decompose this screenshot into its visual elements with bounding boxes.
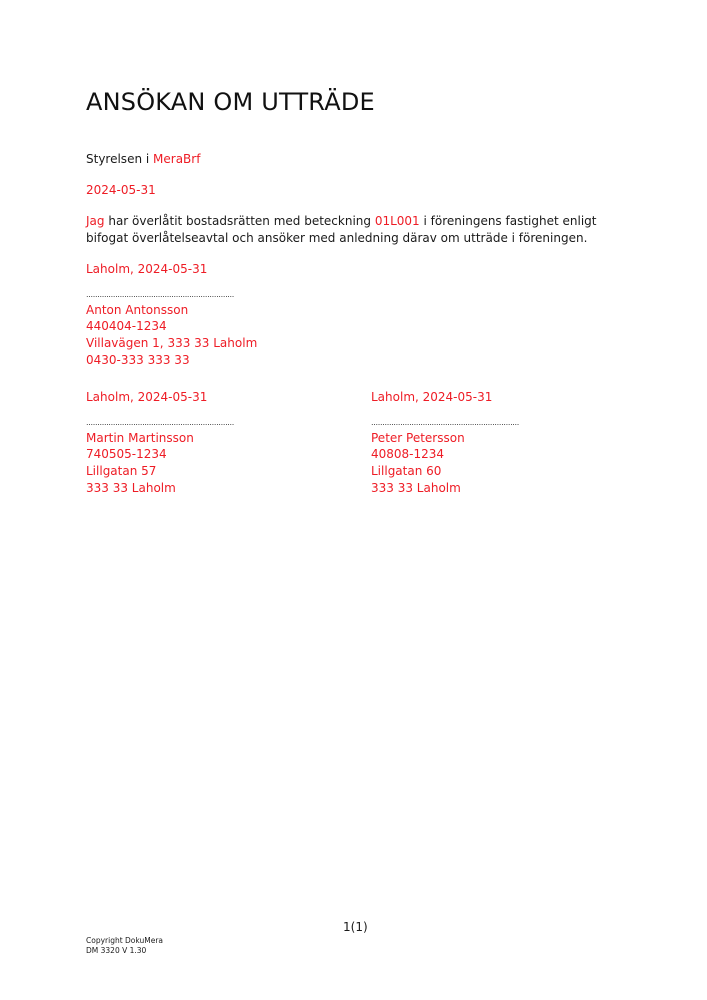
apartment-id: 01L001 xyxy=(375,214,420,228)
association-name: MeraBrf xyxy=(153,152,200,166)
document-footer: Copyright DokuMera DM 3320 V 1.30 xyxy=(86,936,163,956)
footer-version: DM 3320 V 1.30 xyxy=(86,946,163,956)
recipient-prefix: Styrelsen i xyxy=(86,152,149,166)
signer-street: Lillgatan 57 xyxy=(86,463,236,480)
signature-block-board-2: Laholm, 2024-05-31 .....................… xyxy=(371,389,521,497)
signature-place-date: Laholm, 2024-05-31 xyxy=(86,261,257,278)
application-body: Jag har överlåtit bostadsrätten med bete… xyxy=(86,213,616,247)
signer-personal-number: 740505-1234 xyxy=(86,446,236,463)
signer-personal-number: 440404-1234 xyxy=(86,318,257,335)
signature-block-seller: Laholm, 2024-05-31 .....................… xyxy=(86,261,257,369)
signature-place-date: Laholm, 2024-05-31 xyxy=(86,389,236,406)
signature-block-board-1: Laholm, 2024-05-31 .....................… xyxy=(86,389,236,497)
body-text-before-id: har överlåtit bostadsrätten med beteckni… xyxy=(108,214,371,228)
signer-name: Martin Martinsson xyxy=(86,430,236,447)
signer-personal-number: 40808-1234 xyxy=(371,446,521,463)
signer-address: Villavägen 1, 333 33 Laholm xyxy=(86,335,257,352)
document-date: 2024-05-31 xyxy=(86,182,156,199)
signature-line: ........................................… xyxy=(371,418,521,428)
signature-line: ........................................… xyxy=(86,290,236,300)
signature-place-date: Laholm, 2024-05-31 xyxy=(371,389,521,406)
signer-name: Anton Antonsson xyxy=(86,302,257,319)
footer-copyright: Copyright DokuMera xyxy=(86,936,163,946)
signer-name: Peter Petersson xyxy=(371,430,521,447)
signer-phone: 0430-333 333 33 xyxy=(86,352,257,369)
signer-postal: 333 33 Laholm xyxy=(86,480,236,497)
recipient-line: Styrelsen i MeraBrf xyxy=(86,151,200,168)
document-title: ANSÖKAN OM UTTRÄDE xyxy=(86,88,375,116)
body-subject: Jag xyxy=(86,214,105,228)
document-page: ANSÖKAN OM UTTRÄDE Styrelsen i MeraBrf 2… xyxy=(0,0,707,1000)
signer-street: Lillgatan 60 xyxy=(371,463,521,480)
page-number: 1(1) xyxy=(343,920,368,934)
signer-postal: 333 33 Laholm xyxy=(371,480,521,497)
signature-line: ........................................… xyxy=(86,418,236,428)
